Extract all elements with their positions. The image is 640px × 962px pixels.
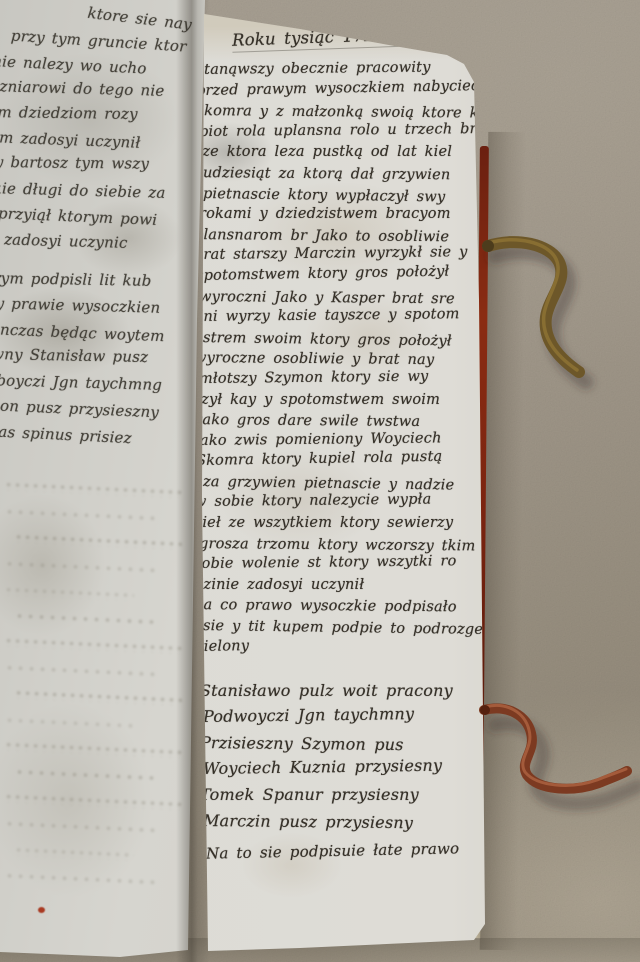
- body-text-line: piot rola uplansna rolo u trzech bra: [199, 119, 476, 142]
- left-text-line: ym dziedziom rozy: [0, 100, 195, 128]
- body-text-line: pietnascie ktory wypłaczył swy: [203, 184, 476, 208]
- body-text-line: Skomra ktory kupiel rola pustą: [196, 446, 476, 471]
- ghost-row: [4, 741, 182, 758]
- body-text-line: przed prawym wysoczkiem nabyciech: [196, 76, 476, 101]
- ghost-row: [14, 689, 182, 706]
- ghost-row: [4, 872, 156, 888]
- signature-line: Marczin pusz przysiesny: [203, 808, 476, 837]
- signature-line: Woyciech Kuznia przysiesny: [203, 752, 476, 782]
- ghost-row: [4, 793, 182, 810]
- ghost-row: [4, 637, 182, 654]
- ghost-row: [4, 560, 156, 576]
- bleedthrough-text: [4, 468, 182, 884]
- ghost-row: [4, 481, 182, 498]
- witness-signatures: Stanisławo pulz woit praconyPodwoyczi Jg…: [200, 678, 476, 834]
- manuscript-photo: ktore sie nayprzy tym gruncie ktornie na…: [0, 0, 640, 962]
- ghost-row: [14, 846, 134, 860]
- body-text-line: cieł ze wszytkiem ktory sewierzy: [194, 513, 476, 534]
- left-text-line: orym podpisli lit kub: [0, 266, 190, 295]
- body-text-line: dzinie zadosyi uczynił: [194, 575, 476, 596]
- body-text-line: w sobie ktory nalezycie wypła: [194, 490, 476, 514]
- ghost-row: [4, 508, 156, 524]
- left-page-text: ktore sie nayprzy tym gruncie ktornie na…: [0, 0, 198, 449]
- signature-line: Podwoyczi Jgn taychmny: [203, 700, 476, 730]
- signature-line: Tomek Spanur przysiesny: [200, 782, 476, 808]
- ghost-row: [14, 768, 156, 783]
- body-text-line: sobie wolenie st ktory wszytki ro: [194, 551, 476, 575]
- body-text-line: na co prawo wysoczkie podpisało: [194, 595, 476, 618]
- ghost-row: [14, 533, 182, 550]
- body-text-line: młotszy Szymon ktory sie wy: [199, 366, 476, 389]
- left-text-line: ry bartosz tym wszy: [0, 150, 194, 178]
- ghost-row: [4, 716, 134, 731]
- closing-line: Na to sie podpisuie łate prawo: [206, 839, 460, 862]
- body-text-line: kudziesiąt za ktorą dał grzywien: [194, 163, 476, 186]
- ghost-row: [4, 586, 134, 601]
- ghost-row: [4, 820, 156, 836]
- ghost-row: [14, 612, 156, 627]
- entry-body-text: Stanąwszy obecznie pracowityprzed prawym…: [194, 60, 476, 657]
- body-text-line: spotomstwem ktory gros położył: [196, 261, 476, 286]
- left-text-line: awny Stanisław pusz: [0, 342, 188, 371]
- body-text-line: dni wyrzy kasie tayszce y spotom: [194, 304, 476, 328]
- red-wax-speck: [38, 907, 45, 913]
- ghost-row: [4, 664, 156, 680]
- body-text-line: cze ktora leza pustką od lat kiel: [194, 142, 476, 163]
- body-text-line: rzył kay y spotomstwem swoim: [194, 390, 476, 411]
- body-text-line: zielony: [196, 632, 476, 657]
